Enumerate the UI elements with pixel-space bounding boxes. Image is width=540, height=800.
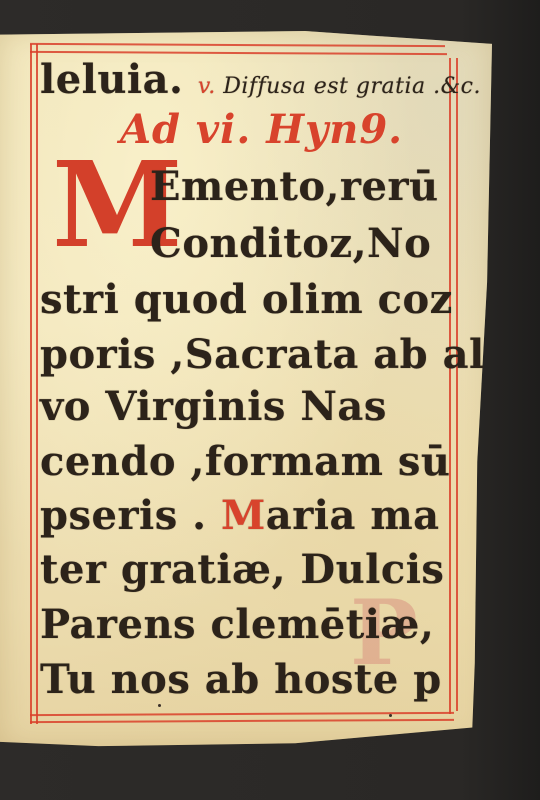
- versicle-mark: v.: [198, 74, 216, 99]
- frame-left-rule-outer: [30, 44, 32, 724]
- text-line-4: Conditoz,No: [150, 222, 431, 266]
- text-line-9: pseris . Maria ma: [40, 494, 440, 538]
- text-line-6: poris ,Sacrata ab al: [40, 333, 485, 377]
- frame-left-rule-inner: [36, 44, 38, 724]
- ink-speck: [158, 704, 161, 707]
- text-line-3: Emento,rerū: [150, 165, 439, 209]
- text-line-10: ter gratiæ, Dulcis: [40, 548, 444, 592]
- word-leluia: leluia: [40, 56, 169, 103]
- frame-right-rule-outer: [456, 58, 458, 711]
- text-line-11: Parens clemētiæ,: [40, 603, 434, 647]
- red-initial-letter: M: [52, 150, 142, 260]
- ink-speck: [389, 714, 392, 717]
- incipit-note: Diffusa est gratia .&c.: [216, 74, 481, 99]
- red-capital-m: M: [221, 492, 266, 539]
- text-line-8: cendo ,formam sū: [40, 440, 450, 484]
- text-line-7: vo Virginis Nas: [40, 385, 387, 429]
- text-line-1: leluia. v. Diffusa est gratia .&c.: [40, 58, 481, 109]
- frame-right-rule-inner: [449, 58, 451, 714]
- text-line-12: Tu nos ab hoste p: [40, 658, 442, 702]
- text-line-5: stri quod olim coz: [40, 278, 453, 322]
